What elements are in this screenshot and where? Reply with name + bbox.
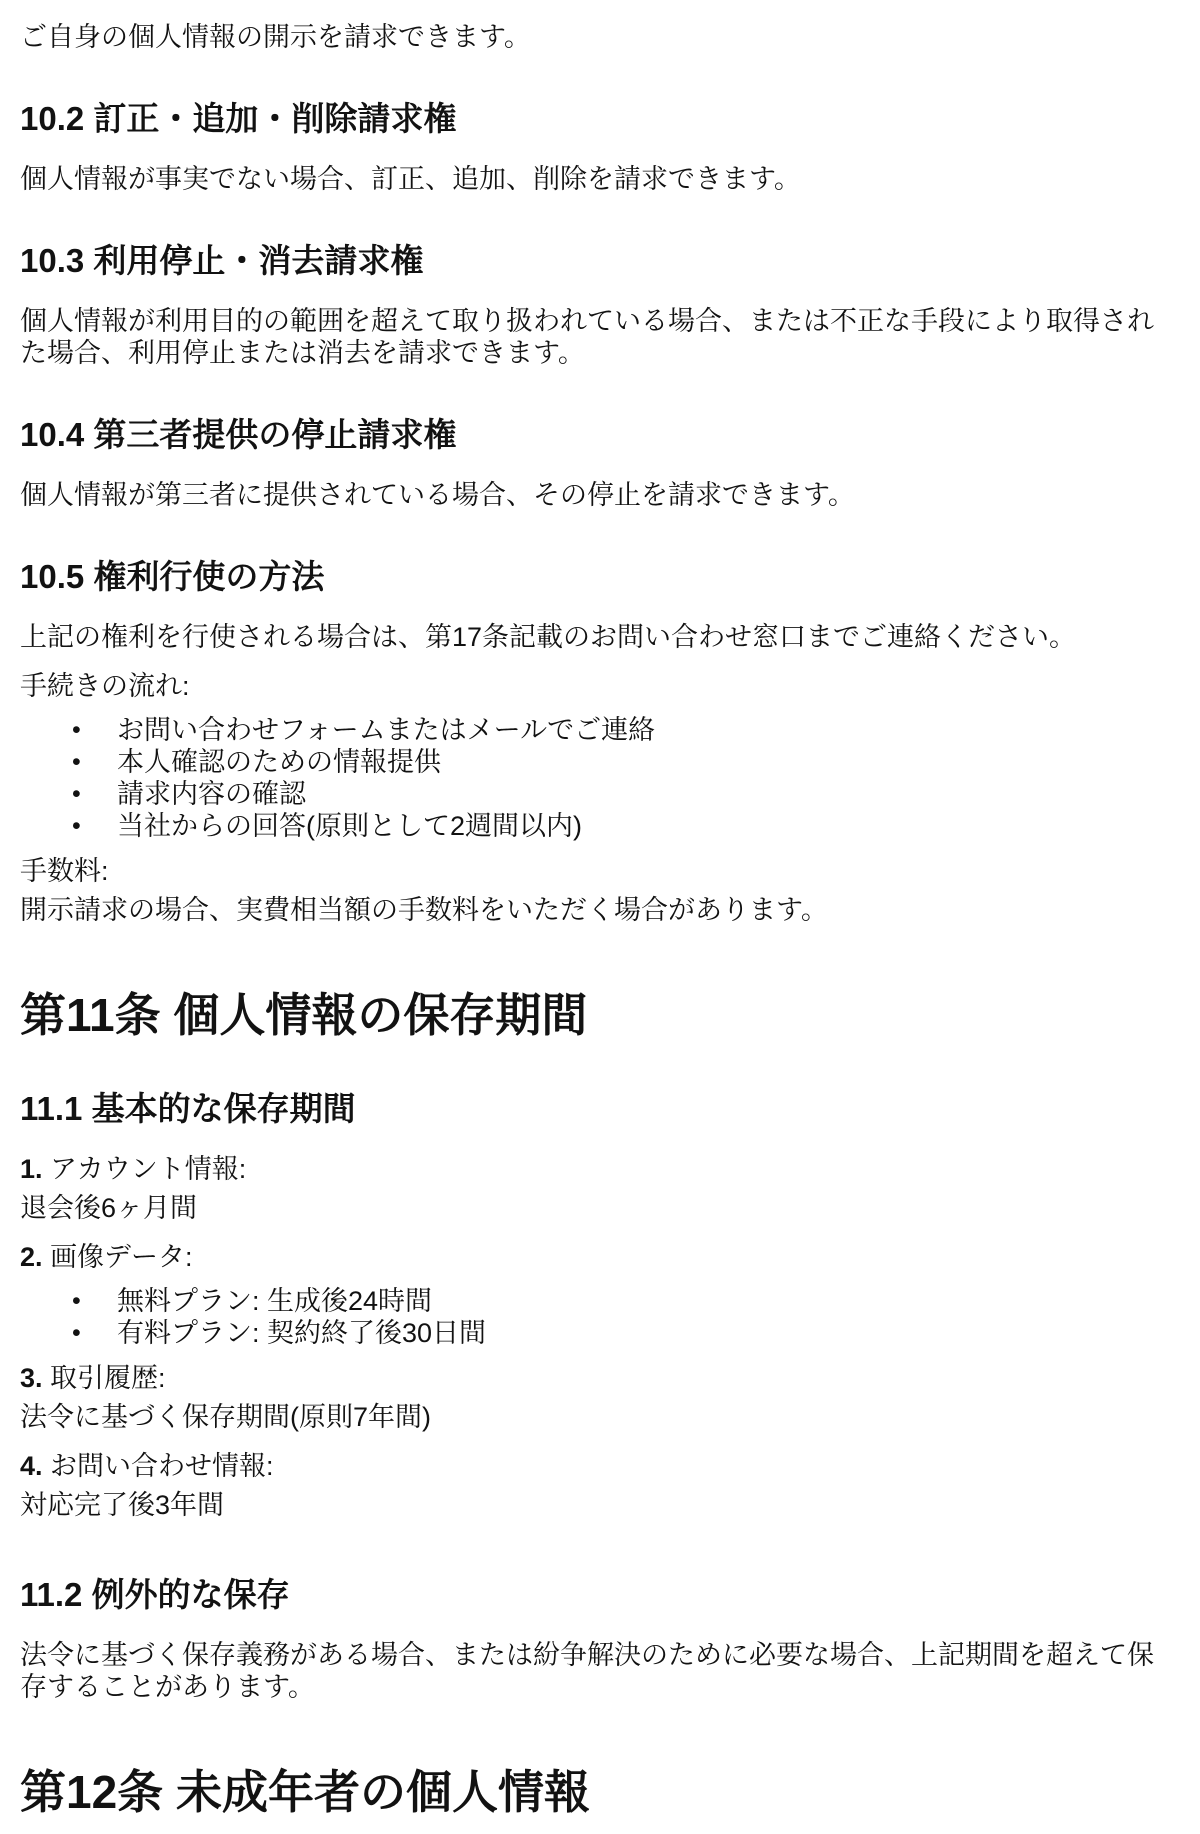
retention-item-title: 画像データ: [50, 1242, 193, 1272]
section-11-1-heading: 11.1 基本的な保存期間 [20, 1089, 1180, 1129]
procedure-step: 当社からの回答(原則として2週間以内) [117, 810, 1180, 842]
procedure-step: 本人確認のための情報提供 [117, 746, 1180, 778]
section-10-3-heading: 10.3 利用停止・消去請求権 [20, 241, 1180, 281]
section-10-4-heading: 10.4 第三者提供の停止請求権 [20, 415, 1180, 455]
section-10-2-heading: 10.2 訂正・追加・削除請求権 [20, 99, 1180, 139]
retention-item-number: 1. [20, 1154, 43, 1184]
retention-item-title: 取引履歴: [50, 1363, 166, 1393]
image-data-bullets-list: 無料プラン: 生成後24時間 有料プラン: 契約終了後30日間 [20, 1285, 1180, 1349]
section-10-4-body: 個人情報が第三者に提供されている場合、その停止を請求できます。 [20, 479, 1180, 511]
retention-item-label: 3. 取引履歴: [20, 1362, 1180, 1394]
retention-item-label: 1. アカウント情報: [20, 1153, 1180, 1185]
procedure-step: お問い合わせフォームまたはメールでご連絡 [117, 714, 1180, 746]
procedure-steps-list: お問い合わせフォームまたはメールでご連絡 本人確認のための情報提供 請求内容の確… [20, 714, 1180, 842]
article-11-heading: 第11条 個人情報の保存期間 [20, 988, 1180, 1043]
retention-item-title: アカウント情報: [50, 1154, 246, 1184]
retention-item-value: 法令に基づく保存期間(原則7年間) [20, 1401, 1180, 1433]
image-data-bullet: 無料プラン: 生成後24時間 [117, 1285, 1180, 1317]
retention-item-value: 退会後6ヶ月間 [20, 1192, 1180, 1224]
image-data-bullet: 有料プラン: 契約終了後30日間 [117, 1317, 1180, 1349]
section-10-2-body: 個人情報が事実でない場合、訂正、追加、削除を請求できます。 [20, 163, 1180, 195]
section-11-2-body: 法令に基づく保存義務がある場合、または紛争解決のために必要な場合、上記期間を超え… [20, 1639, 1180, 1703]
fee-body: 開示請求の場合、実費相当額の手数料をいただく場合があります。 [20, 894, 1180, 926]
section-10-3-body: 個人情報が利用目的の範囲を超えて取り扱われている場合、または不正な手段により取得… [20, 305, 1180, 369]
retention-item-label: 4. お問い合わせ情報: [20, 1450, 1180, 1482]
intro-paragraph: ご自身の個人情報の開示を請求できます。 [20, 21, 1180, 53]
retention-item-label: 2. 画像データ: [20, 1241, 1180, 1273]
retention-item-value: 対応完了後3年間 [20, 1489, 1180, 1521]
fee-label: 手数料: [20, 855, 1180, 887]
section-11-2-heading: 11.2 例外的な保存 [20, 1575, 1180, 1615]
retention-item-title: お問い合わせ情報: [50, 1451, 274, 1481]
section-10-5-body: 上記の権利を行使される場合は、第17条記載のお問い合わせ窓口までご連絡ください。 [20, 621, 1180, 653]
procedure-step: 請求内容の確認 [117, 778, 1180, 810]
privacy-policy-page: ご自身の個人情報の開示を請求できます。 10.2 訂正・追加・削除請求権 個人情… [0, 0, 1200, 1834]
article-12-heading: 第12条 未成年者の個人情報 [20, 1765, 1180, 1820]
retention-item-number: 3. [20, 1363, 43, 1393]
procedure-label: 手続きの流れ: [20, 670, 1180, 702]
section-10-5-heading: 10.5 権利行使の方法 [20, 557, 1180, 597]
retention-item-number: 4. [20, 1451, 43, 1481]
retention-item-number: 2. [20, 1242, 43, 1272]
